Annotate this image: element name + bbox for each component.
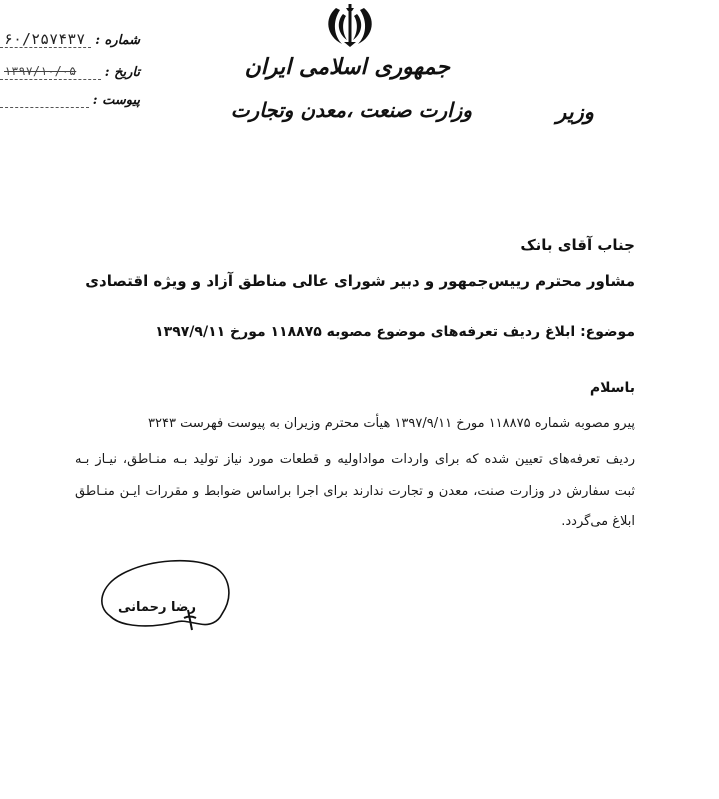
letter-attachment-label: پیوست : [93,93,140,108]
signatory-name: رضا رحمانی [118,600,196,615]
body-line-3: ثبت سفارش در وزارت صنت، معدن و تجارت ندا… [75,484,635,499]
body-line-2: ردیف تعرفه‌های تعیین شده که برای واردات … [75,452,635,467]
letter-date-value: ۱۳۹۷/۱۰/۰۵ [0,63,101,80]
letter-number-value: ۶۰/۲۵۷۴۳۷ [0,31,91,48]
greeting: باسلام [590,380,635,396]
ministry-title: وزارت صنعت ،معدن وتجارت [232,98,472,122]
letter-attachment-value [0,107,89,108]
republic-title: جمهوری اسلامی ایران [250,54,450,80]
letter-number-row: شماره : ۶۰/۲۵۷۴۳۷ [0,26,140,48]
body-line-4: ابلاغ می‌گردد. [561,514,635,529]
letter-date-row: تاریخ : ۱۳۹۷/۱۰/۰۵ [0,58,140,80]
letter-attachment-row: پیوست : [0,86,140,108]
minister-title: وزیر [540,99,610,124]
letter-subject: موضوع: ابلاغ ردیف تعرفه‌های موضوع مصوبه … [155,324,635,340]
signature-scribble [92,556,237,641]
letter-number-label: شماره : [95,33,140,48]
body-line-1: پیرو مصوبه شماره ۱۱۸۸۷۵ مورخ ۱۳۹۷/۹/۱۱ ه… [148,416,635,431]
letter-date-label: تاریخ : [105,65,140,80]
iran-emblem-icon [322,2,378,48]
recipient-name: جناب آقای بانک [520,236,635,254]
recipient-title: مشاور محترم رییس‌جمهور و دبیر شورای عالی… [85,272,635,290]
